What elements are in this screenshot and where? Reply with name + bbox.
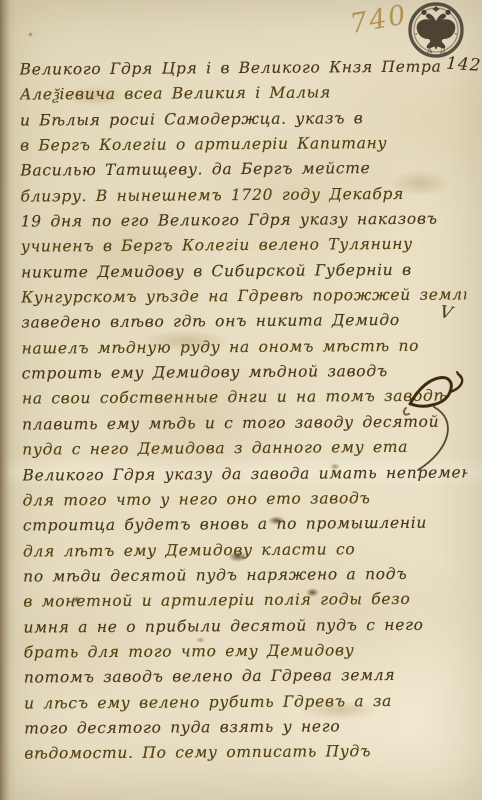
ink-blot	[28, 32, 33, 37]
manuscript-line: вѣдомости. По сему отписать Пудъ	[24, 739, 469, 767]
manuscript-line: Великого Гдря Цря і в Великого Кнзя Петр…	[20, 54, 465, 82]
manuscript-line: никите Демидову в Сибирской Губерніи в	[21, 257, 466, 285]
margin-flourish	[400, 362, 478, 477]
manuscript-line: для того что у него оно ето заводъ	[23, 485, 468, 513]
folio-number-pencil: 740	[348, 0, 412, 40]
manuscript-line: 19 дня по его Великого Гдря указу наказо…	[21, 207, 466, 235]
manuscript-line: в Бергъ Колегіи о артилеріи Капитану	[20, 130, 465, 158]
ink-blot	[306, 588, 319, 597]
manuscript-line: и лѣсъ ему велено рубить Гдревъ а за	[24, 688, 469, 716]
manuscript-line: того десятого пуда взять у него	[24, 713, 469, 741]
manuscript-line: в монетной и артилеріи полія годы безо	[23, 587, 468, 615]
manuscript-line: потомъ заводъ велено да Гдрева земля	[24, 663, 469, 691]
manuscript-line: блиэру. В нынешнемъ 1720 году Декабря	[20, 181, 465, 209]
manuscript-line: учиненъ в Бергъ Колегіи велено Тулянину	[21, 232, 466, 260]
manuscript-line: и Бѣлыя росиі Самодержца. указъ в	[20, 105, 465, 133]
manuscript-line: Василью Татищеву. да Бергъ мейсте	[20, 156, 465, 184]
manuscript-line: имня а не о прибыли десятой пудъ с него	[23, 612, 468, 640]
ink-blot	[228, 551, 248, 562]
manuscript-line: брать для того что ему Демидову	[24, 637, 469, 665]
page-edge-shadow	[0, 0, 16, 800]
ink-blot	[72, 596, 81, 603]
ink-blot	[196, 637, 205, 643]
manuscript-line: нашелъ мѣдную руду на ономъ мѣстѣ по	[21, 333, 466, 361]
manuscript-page: 740 А Д 142. Великого Гдря Цря і в Велик…	[0, 0, 482, 800]
manuscript-line: по мѣди десятой пудъ наряжено а подъ	[23, 561, 468, 589]
manuscript-line: заведено влѣво гдѣ онъ никита Демидо	[21, 308, 466, 336]
manuscript-line: Кунгурскомъ уѣзде на Гдревѣ порожжей зем…	[21, 283, 466, 311]
double-headed-eagle-seal: А Д	[404, 1, 468, 61]
manuscript-line: строитца будетъ вновь а по промышленіи	[23, 511, 468, 539]
manuscript-line: Алеѯіевича всеа Великия і Малыя	[20, 80, 465, 108]
ink-blot	[330, 463, 340, 470]
ink-blot	[268, 516, 285, 525]
